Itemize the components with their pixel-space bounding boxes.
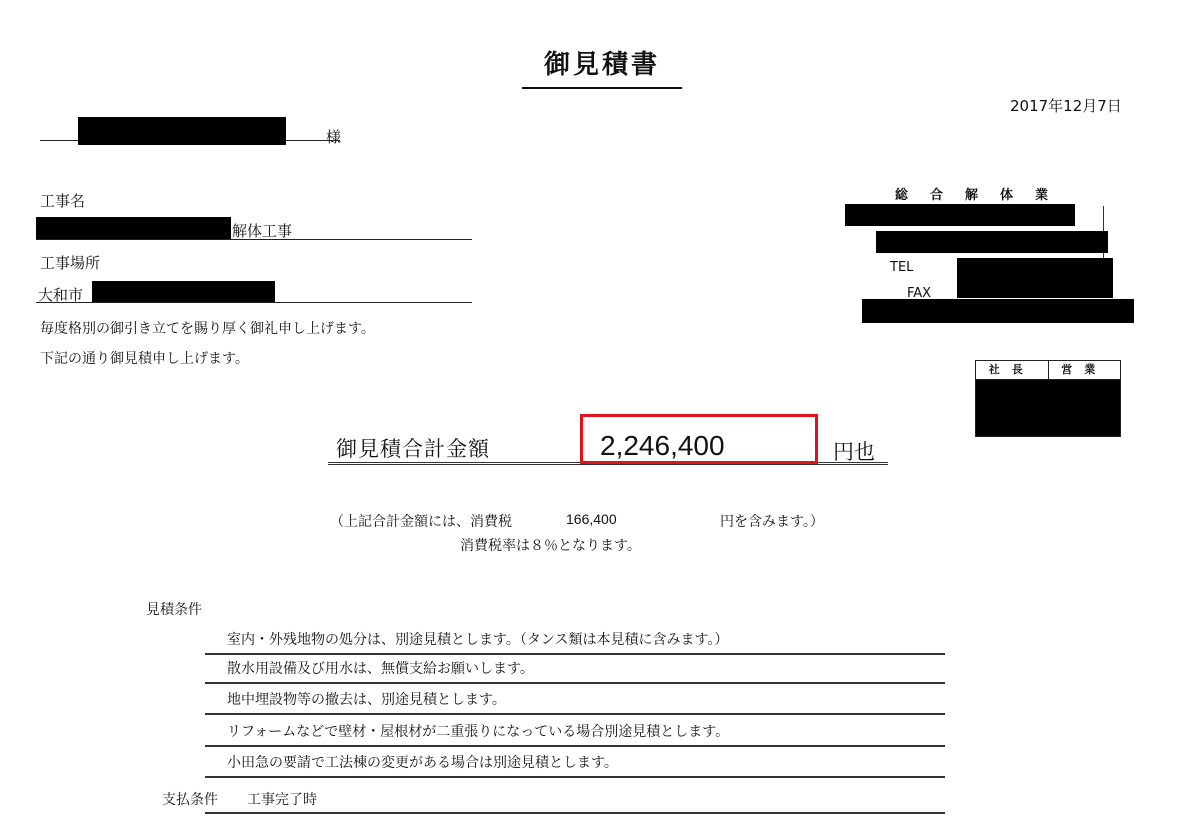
tax-amount: 166,400	[566, 511, 617, 527]
tax-note-suffix: 円を含みます。）	[720, 511, 824, 531]
redacted-company-address	[876, 231, 1108, 253]
stamp-sales-label: 営業	[1048, 361, 1121, 379]
project-name-underline	[36, 239, 472, 240]
total-amount: 2,246,400	[600, 430, 725, 462]
total-suffix: 円也	[833, 436, 875, 466]
issue-date: 2017年12月7日	[1010, 95, 1122, 116]
company-type: 総合解体業	[895, 184, 1070, 203]
approval-stamp-box: 社長 営業	[975, 360, 1121, 437]
tax-note-prefix: （上記合計金額には、消費税	[330, 511, 512, 531]
project-name-suffix: 解体工事	[232, 220, 292, 241]
greeting-line-1: 毎度格別の御引き立てを賜り厚く御礼申し上げます。	[40, 318, 375, 338]
payment-underline	[205, 812, 945, 814]
condition-item: リフォームなどで壁材・屋根材が二重張りになっている場合別途見積とします。	[205, 718, 945, 747]
condition-item: 地中埋設物等の撤去は、別途見積とします。	[205, 686, 945, 715]
redacted-recipient-name	[78, 117, 286, 145]
document-title: 御見積書	[522, 44, 682, 89]
redacted-phone-fax	[957, 258, 1113, 298]
project-location-underline	[36, 302, 472, 303]
greeting-line-2: 下記の通り御見積申し上げます。	[40, 348, 249, 368]
tel-label: TEL	[890, 260, 913, 275]
condition-item: 散水用設備及び用水は、無償支給お願いします。	[205, 655, 945, 684]
redacted-company-contact	[862, 299, 1134, 323]
total-label: 御見積合計金額	[336, 433, 490, 463]
condition-item: 室内・外残地物の処分は、別途見積とします。（タンス類は本見積に含みます。）	[205, 626, 945, 655]
payment-terms-label: 支払条件	[162, 789, 218, 809]
redacted-project-location	[92, 281, 275, 303]
tax-rate-note: 消費税率は８％となります。	[460, 535, 641, 555]
stamp-president-label: 社長	[976, 361, 1048, 379]
condition-item: 小田急の要請で工法棟の変更がある場合は別途見積とします。	[205, 749, 945, 778]
project-location-label: 工事場所	[40, 252, 100, 273]
payment-terms-value: 工事完了時	[247, 789, 317, 809]
recipient-honorific: 様	[326, 126, 341, 147]
redacted-company-name	[845, 204, 1075, 226]
conditions-title: 見積条件	[146, 599, 202, 619]
redacted-project-name	[36, 217, 231, 239]
project-name-label: 工事名	[40, 190, 85, 211]
